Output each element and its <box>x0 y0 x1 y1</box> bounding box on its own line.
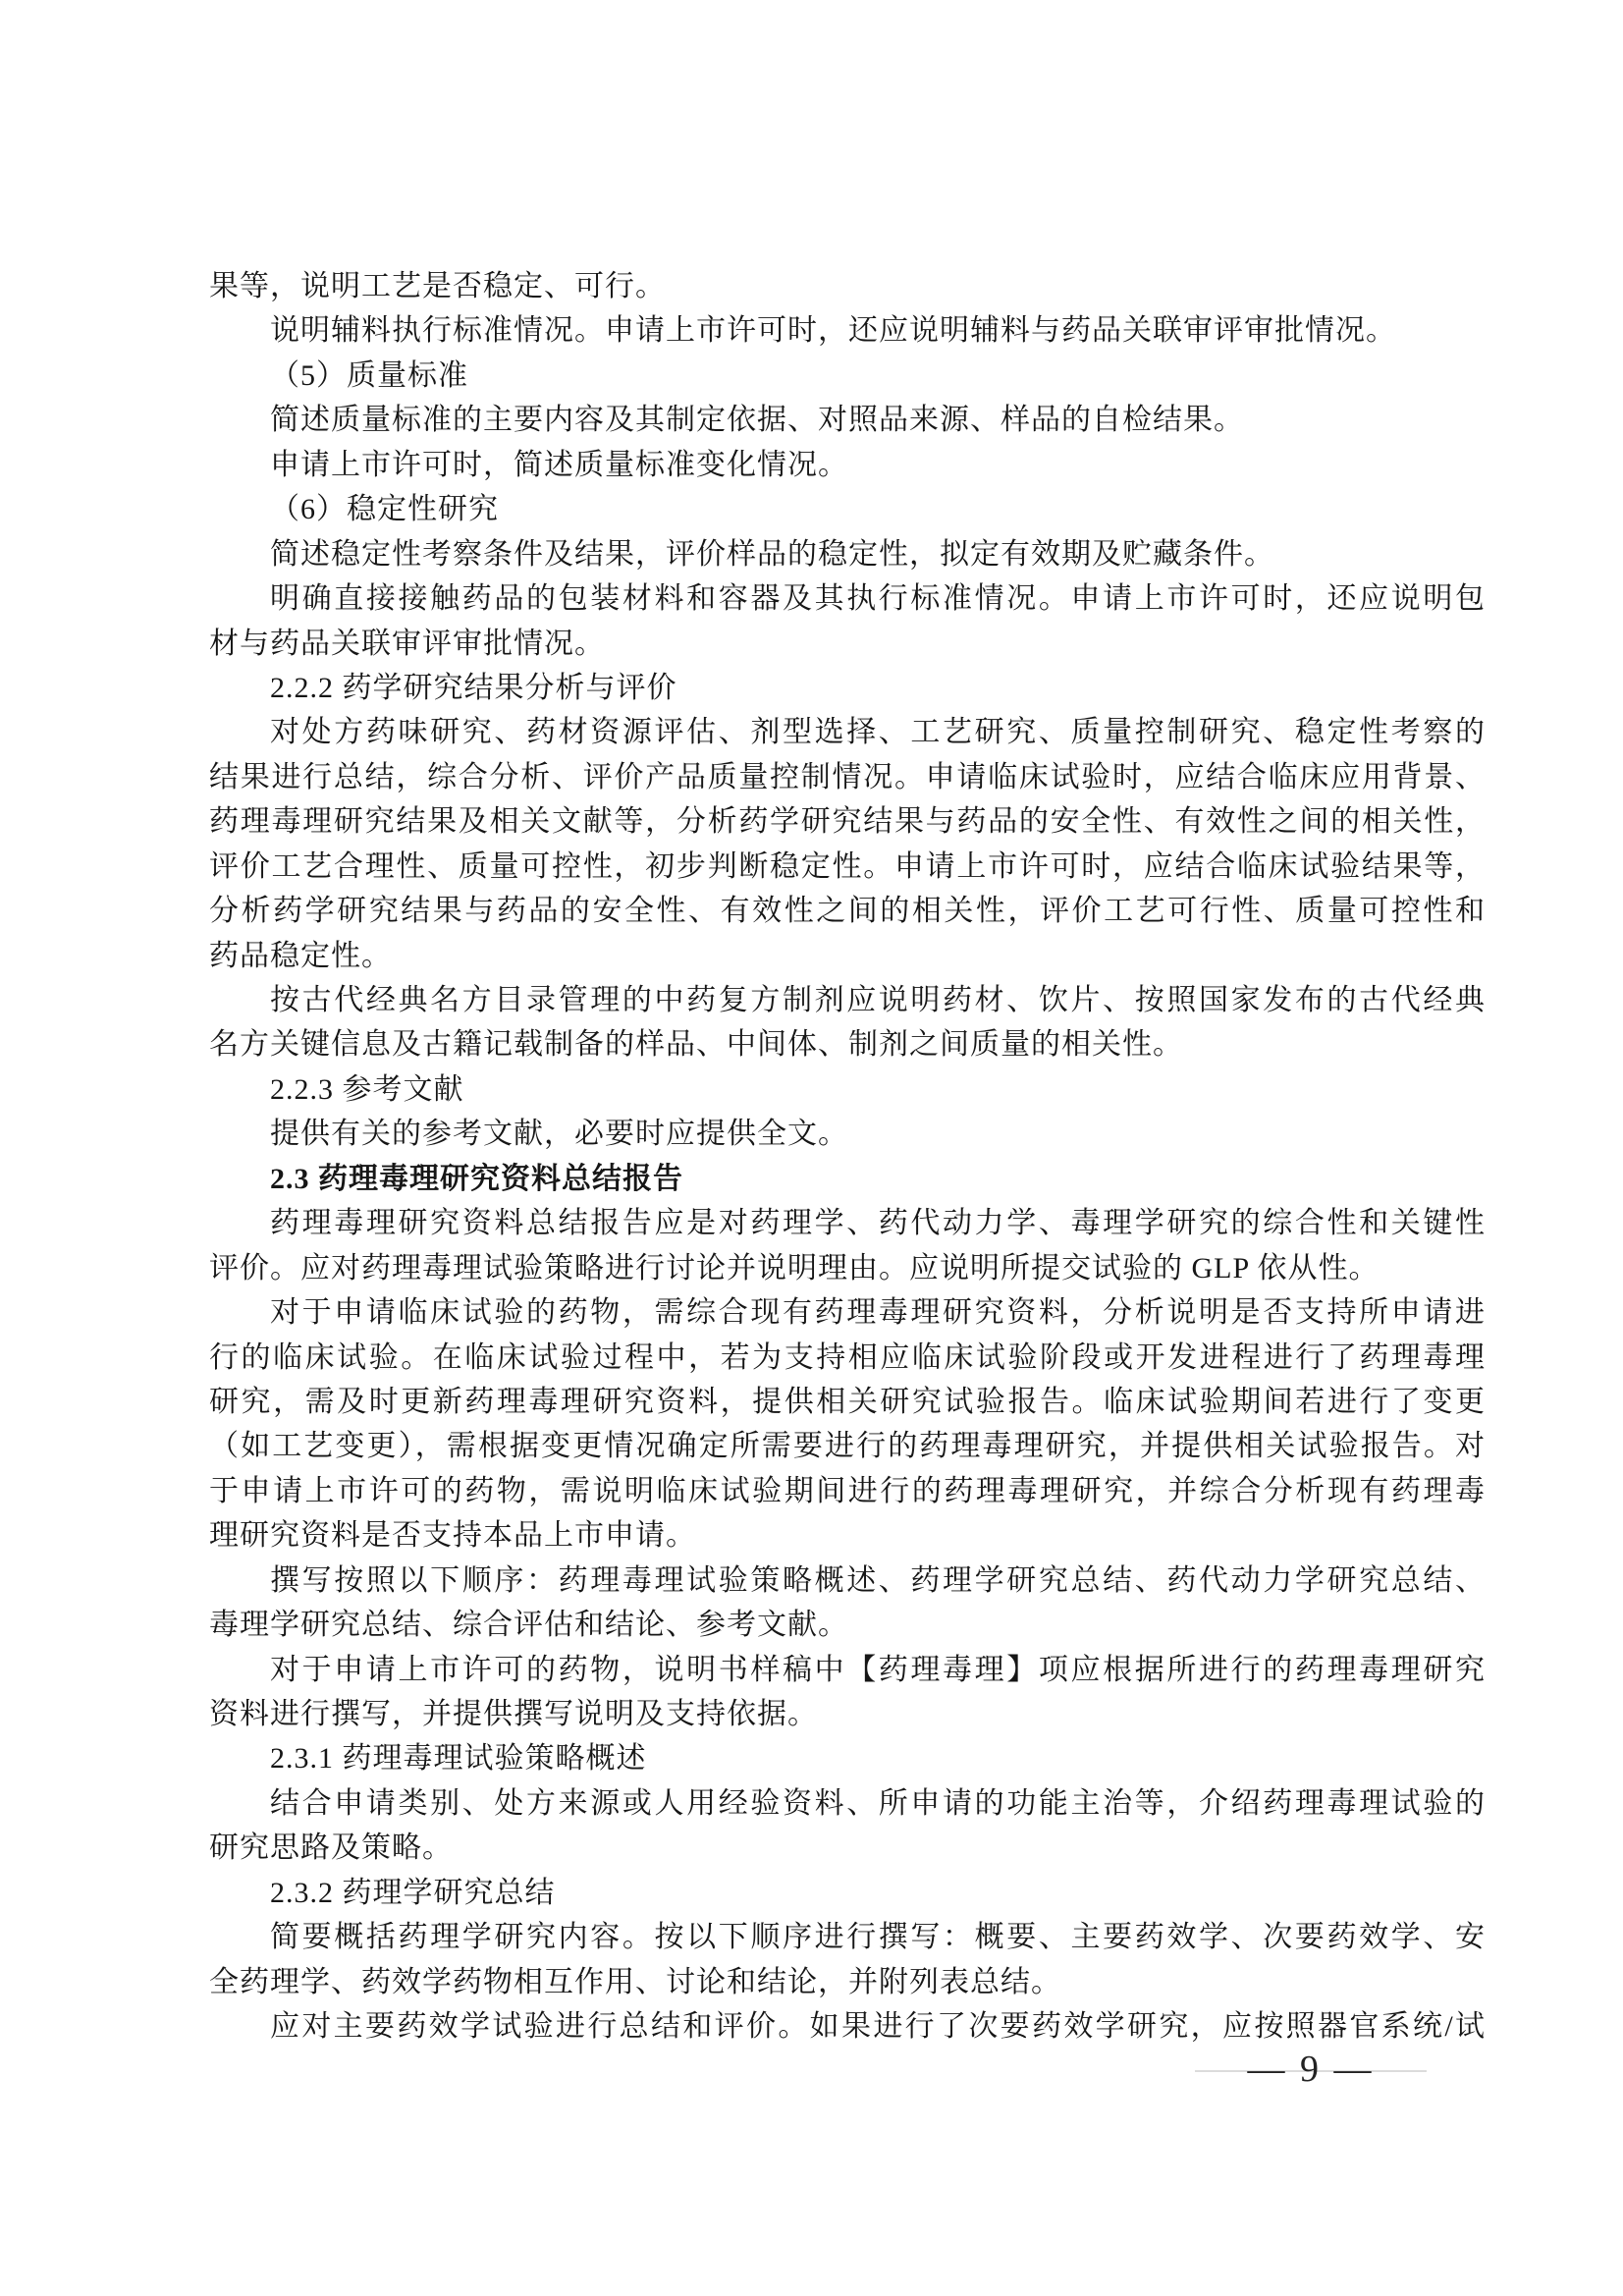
text-line: 说明辅料执行标准情况。申请上市许可时，还应说明辅料与药品关联审评审批情况。 <box>209 308 1486 353</box>
text-line: 简述质量标准的主要内容及其制定依据、对照品来源、样品的自检结果。 <box>209 398 1486 442</box>
text-line: 行的临床试验。在临床试验过程中，若为支持相应临床试验阶段或开发进程进行了药理毒理 <box>209 1336 1486 1380</box>
text-line: （5）质量标准 <box>209 354 1486 398</box>
text-line: 对处方药味研究、药材资源评估、剂型选择、工艺研究、质量控制研究、稳定性考察的 <box>209 710 1486 754</box>
text-line: 应对主要药效学试验进行总结和评价。如果进行了次要药效学研究，应按照器官系统/试 <box>209 2004 1486 2049</box>
page-footer: — 9 — <box>1203 2045 1419 2094</box>
text-line: 药理毒理研究结果及相关文献等，分析药学研究结果与药品的安全性、有效性之间的相关性… <box>209 799 1486 844</box>
page-number: — 9 — <box>1203 2045 1419 2094</box>
text-line: （如工艺变更），需根据变更情况确定所需要进行的药理毒理研究，并提供相关试验报告。… <box>209 1424 1486 1468</box>
text-line: 2.2.3 参考文献 <box>209 1067 1486 1112</box>
text-line: 毒理学研究总结、综合评估和结论、参考文献。 <box>209 1603 1486 1647</box>
text-line: 资料进行撰写，并提供撰写说明及支持依据。 <box>209 1692 1486 1736</box>
text-line: 评价。应对药理毒理试验策略进行讨论并说明理由。应说明所提交试验的 GLP 依从性… <box>209 1246 1486 1290</box>
section-heading-line: 2.3 药理毒理研究资料总结报告 <box>209 1157 1486 1201</box>
text-line: 对于申请临床试验的药物，需综合现有药理毒理研究资料，分析说明是否支持所申请进 <box>209 1290 1486 1335</box>
text-line: 申请上市许可时，简述质量标准变化情况。 <box>209 443 1486 487</box>
text-line: 结合申请类别、处方来源或人用经验资料、所申请的功能主治等，介绍药理毒理试验的 <box>209 1781 1486 1826</box>
text-line: 研究思路及策略。 <box>209 1826 1486 1870</box>
text-line: 果等，说明工艺是否稳定、可行。 <box>209 264 1486 308</box>
text-line: 名方关键信息及古籍记载制备的样品、中间体、制剂之间质量的相关性。 <box>209 1022 1486 1066</box>
text-line: 研究，需及时更新药理毒理研究资料，提供相关研究试验报告。临床试验期间若进行了变更 <box>209 1380 1486 1424</box>
text-line: 简述稳定性考察条件及结果，评价样品的稳定性，拟定有效期及贮藏条件。 <box>209 532 1486 576</box>
text-line: 对于申请上市许可的药物，说明书样稿中【药理毒理】项应根据所进行的药理毒理研究 <box>209 1648 1486 1692</box>
text-line: 分析药学研究结果与药品的安全性、有效性之间的相关性，评价工艺可行性、质量可控性和 <box>209 889 1486 933</box>
text-line: 提供有关的参考文献，必要时应提供全文。 <box>209 1112 1486 1156</box>
text-line: 明确直接接触药品的包装材料和容器及其执行标准情况。申请上市许可时，还应说明包 <box>209 576 1486 621</box>
text-line: 2.3.2 药理学研究总结 <box>209 1871 1486 1915</box>
text-line: 2.3.1 药理毒理试验策略概述 <box>209 1736 1486 1780</box>
text-line: 按古代经典名方目录管理的中药复方制剂应说明药材、饮片、按照国家发布的古代经典 <box>209 978 1486 1022</box>
text-line: 撰写按照以下顺序：药理毒理试验策略概述、药理学研究总结、药代动力学研究总结、 <box>209 1558 1486 1603</box>
text-line: 于申请上市许可的药物，需说明临床试验期间进行的药理毒理研究，并综合分析现有药理毒 <box>209 1469 1486 1513</box>
text-line: 材与药品关联审评审批情况。 <box>209 622 1486 666</box>
text-line: 药品稳定性。 <box>209 934 1486 978</box>
text-line: （6）稳定性研究 <box>209 487 1486 531</box>
text-line: 简要概括药理学研究内容。按以下顺序进行撰写：概要、主要药效学、次要药效学、安 <box>209 1915 1486 1959</box>
document-body: 果等，说明工艺是否稳定、可行。说明辅料执行标准情况。申请上市许可时，还应说明辅料… <box>209 264 1486 2050</box>
text-line: 结果进行总结，综合分析、评价产品质量控制情况。申请临床试验时，应结合临床应用背景… <box>209 755 1486 799</box>
text-line: 全药理学、药效学药物相互作用、讨论和结论，并附列表总结。 <box>209 1960 1486 2004</box>
text-line: 评价工艺合理性、质量可控性，初步判断稳定性。申请上市许可时，应结合临床试验结果等… <box>209 845 1486 889</box>
text-line: 理研究资料是否支持本品上市申请。 <box>209 1513 1486 1558</box>
text-line: 2.2.2 药学研究结果分析与评价 <box>209 666 1486 710</box>
text-line: 药理毒理研究资料总结报告应是对药理学、药代动力学、毒理学研究的综合性和关键性 <box>209 1201 1486 1245</box>
document-page: 果等，说明工艺是否稳定、可行。说明辅料执行标准情况。申请上市许可时，还应说明辅料… <box>0 0 1623 2296</box>
